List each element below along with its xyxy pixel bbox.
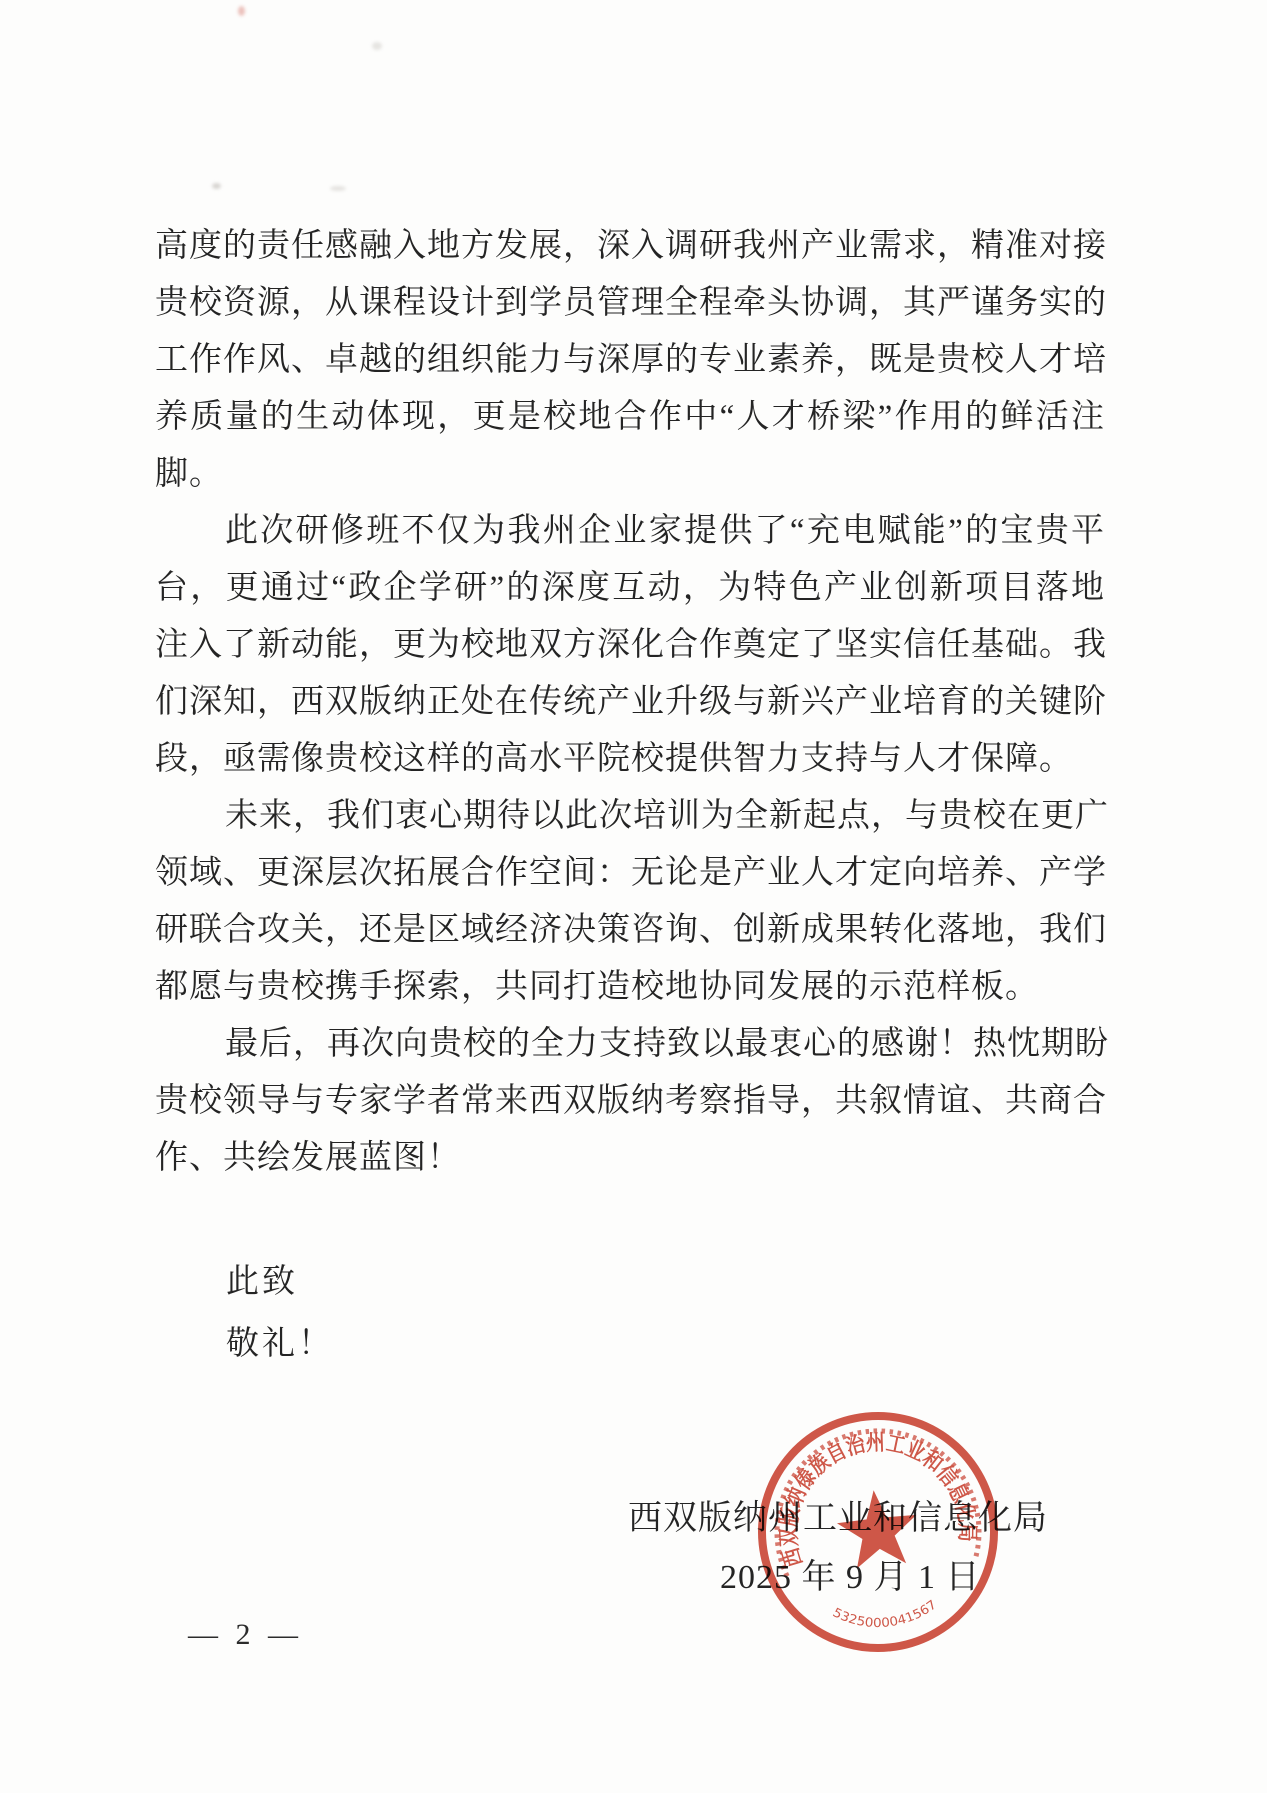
body-line: 作、共绘发展蓝图！ — [155, 1130, 1105, 1187]
body-line: 注入了新动能，更为校地双方深化合作奠定了坚实信任基础。我 — [155, 617, 1105, 674]
body-line: 养质量的生动体现，更是校地合作中“人才桥梁”作用的鲜活注 — [155, 389, 1105, 446]
body-line: 研联合攻关，还是区域经济决策咨询、创新成果转化落地，我们 — [155, 902, 1105, 959]
closing-salute: 此致 — [155, 1251, 334, 1313]
closing-regards: 敬礼！ — [155, 1313, 334, 1375]
body-line: 脚。 — [155, 446, 1105, 503]
letter-page: 高度的责任感融入地方发展，深入调研我州产业需求，精准对接 贵校资源，从课程设计到… — [0, 0, 1267, 1793]
body-line: 工作作风、卓越的组织能力与深厚的专业素养，既是贵校人才培 — [155, 332, 1105, 389]
body-line: 都愿与贵校携手探索，共同打造校地协同发展的示范样板。 — [155, 959, 1105, 1016]
body-line: 段，亟需像贵校这样的高水平院校提供智力支持与人才保障。 — [155, 731, 1105, 788]
body-line: 此次研修班不仅为我州企业家提供了“充电赋能”的宝贵平 — [155, 503, 1105, 560]
body-line: 最后，再次向贵校的全力支持致以最衷心的感谢！热忱期盼 — [155, 1016, 1105, 1073]
closing-block: 此致 敬礼！ — [155, 1251, 334, 1375]
signature-org: 西双版纳州工业和信息化局 — [628, 1490, 1048, 1539]
body-line: 领域、更深层次拓展合作空间：无论是产业人才定向培养、产学 — [155, 845, 1105, 902]
letter-body: 高度的责任感融入地方发展，深入调研我州产业需求，精准对接 贵校资源，从课程设计到… — [155, 218, 1105, 1187]
body-line: 台，更通过“政企学研”的深度互动，为特色产业创新项目落地 — [155, 560, 1105, 617]
seal-code-text: 5325000041567 — [829, 1594, 941, 1636]
page-number: — 2 — — [188, 1618, 303, 1652]
scan-speck — [372, 42, 382, 50]
body-line: 贵校资源，从课程设计到学员管理全程牵头协调，其严谨务实的 — [155, 275, 1105, 332]
scan-speck — [212, 183, 221, 189]
signature-date: 2025 年 9 月 1 日 — [720, 1549, 981, 1598]
scan-speck — [238, 6, 245, 16]
body-line: 贵校领导与专家学者常来西双版纳考察指导，共叙情谊、共商合 — [155, 1073, 1105, 1130]
scan-speck — [330, 186, 346, 191]
body-line: 高度的责任感融入地方发展，深入调研我州产业需求，精准对接 — [155, 218, 1105, 275]
body-line: 未来，我们衷心期待以此次培训为全新起点，与贵校在更广 — [155, 788, 1105, 845]
body-line: 们深知，西双版纳正处在传统产业升级与新兴产业培育的关键阶 — [155, 674, 1105, 731]
